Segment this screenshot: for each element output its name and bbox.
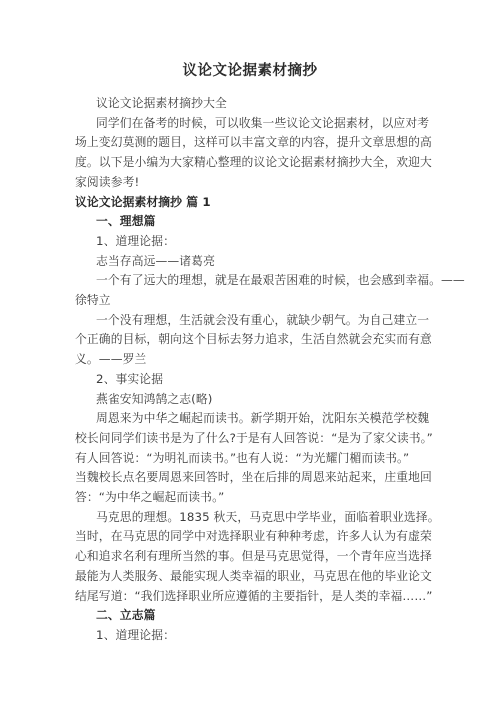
text-line: 答：“为中华之崛起而读书。” — [75, 488, 431, 508]
text-line: 校长问同学们读书是为了什么?于是有人回答说：“是为了家父读书。” — [75, 429, 431, 449]
text-line: 徐特立 — [75, 291, 431, 311]
text-line: 1、道理论据： — [75, 232, 431, 252]
document-page: 议论文论据素材摘抄 议论文论据素材摘抄大全同学们在备考的时候，可以收集一些议论文… — [0, 0, 500, 707]
text-line: 场上变幻莫测的题目，这样可以丰富文章的内容，提升文章思想的高 — [75, 133, 431, 153]
text-line: 周恩来为中华之崛起而读书。新学期开始，沈阳东关模范学校魏 — [75, 409, 431, 429]
text-line: 燕雀安知鸿鹄之志(略) — [75, 390, 431, 410]
text-line: 当时，在马克思的同学中对选择职业有种种考虑，许多人认为有虚荣 — [75, 527, 431, 547]
text-line: 家阅读参考! — [75, 173, 431, 193]
text-line: 马克思的理想。1835 秋天，马克思中学毕业，面临着职业选择。 — [75, 508, 431, 528]
text-line: 度。以下是小编为大家精心整理的议论文论据素材摘抄大全，欢迎大 — [75, 153, 431, 173]
text-line: 心和追求名利有理所当然的事。但是马克思觉得，一个青年应当选择 — [75, 547, 431, 567]
document-title: 议论文论据素材摘抄 — [0, 62, 500, 80]
text-line: 1、道理论据： — [75, 626, 431, 646]
document-body: 议论文论据素材摘抄大全同学们在备考的时候，可以收集一些议论文论据素材，以应对考场… — [75, 94, 431, 646]
text-line: 一个没有理想，生活就会没有重心，就缺少朝气。为自己建立一 — [75, 311, 431, 331]
text-line: 二、立志篇 — [75, 606, 431, 626]
text-line: 议论文论据素材摘抄 篇 1 — [75, 193, 431, 213]
text-line: 个正确的目标，朝向这个目标去努力追求，生活自然就会充实而有意 — [75, 330, 431, 350]
text-line: 一个有了远大的理想，就是在最艰苦困难的时候，也会感到幸福。—— — [75, 271, 431, 291]
text-line: 最能为人类服务、最能实现人类幸福的职业，马克思在他的毕业论文 — [75, 567, 431, 587]
text-line: 志当存高远——诸葛亮 — [75, 252, 431, 272]
text-line: 有人回答说：“为明礼而读书。”也有人说：“为光耀门楣而读书。” — [75, 449, 431, 469]
text-line: 一、理想篇 — [75, 212, 431, 232]
text-line: 义。——罗兰 — [75, 350, 431, 370]
text-line: 同学们在备考的时候，可以收集一些议论文论据素材，以应对考 — [75, 114, 431, 134]
text-line: 当魏校长点名要周恩来回答时，坐在后排的周恩来站起来，庄重地回 — [75, 468, 431, 488]
text-line: 结尾写道：“我们选择职业所应遵循的主要指针，是人类的幸福……” — [75, 587, 431, 607]
text-line: 议论文论据素材摘抄大全 — [75, 94, 431, 114]
text-line: 2、事实论据 — [75, 370, 431, 390]
